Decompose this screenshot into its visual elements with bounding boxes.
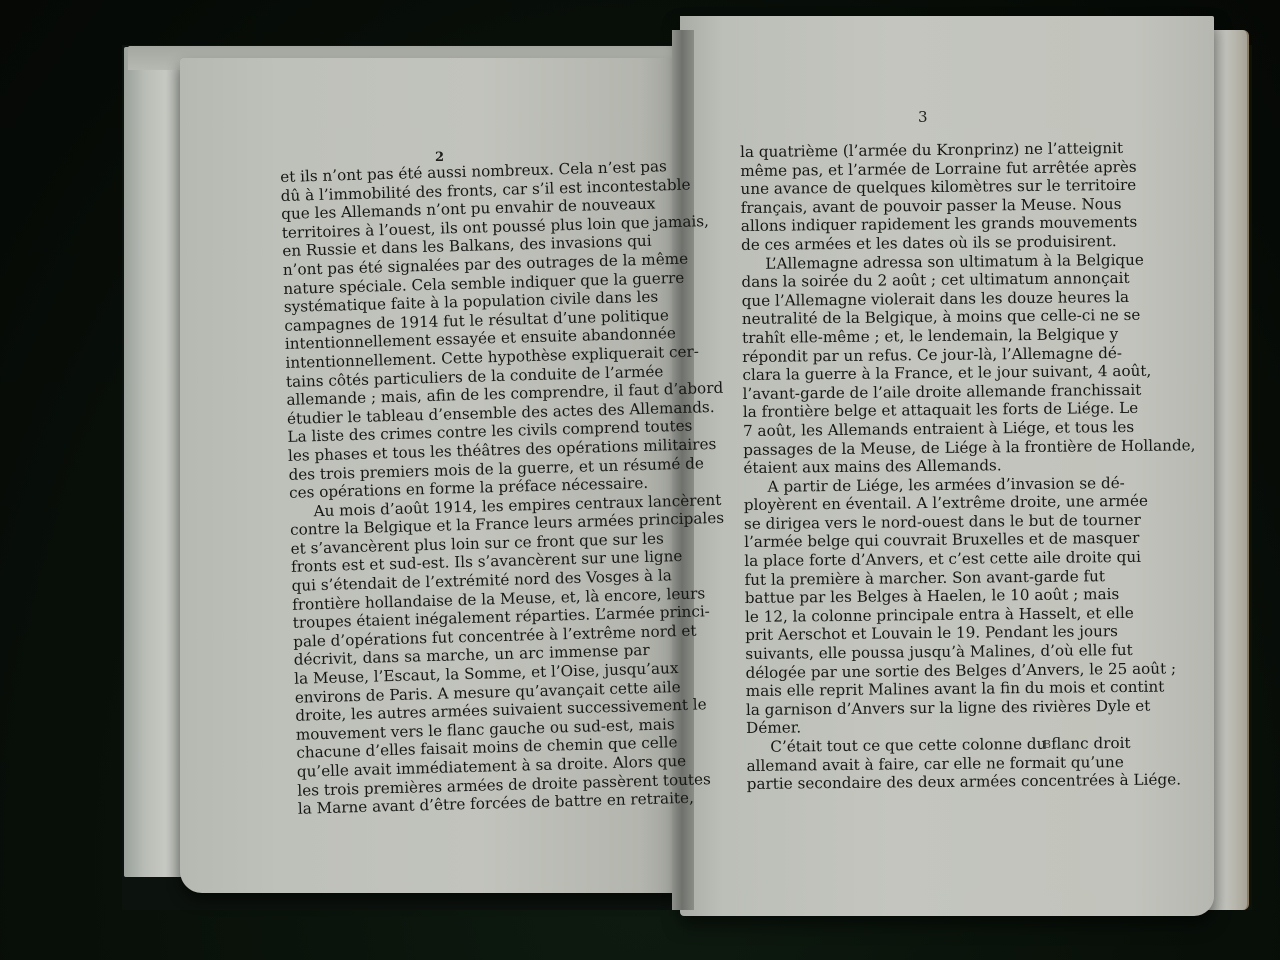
text-line: partie secondaire des deux armées concen… bbox=[747, 771, 1103, 793]
text-line: passages de la Meuse, de Liége à la fron… bbox=[743, 437, 1099, 459]
left-page-body-text: et ils n’ont pas été aussi nombreux. Cel… bbox=[280, 158, 654, 818]
paragraph: A partir de Liége, les armées d’invasion… bbox=[744, 474, 1103, 738]
paragraph: et ils n’ont pas été aussi nombreux. Cel… bbox=[280, 158, 645, 502]
signature-mark: B bbox=[1043, 738, 1051, 751]
right-page-number: 3 bbox=[918, 108, 928, 126]
paragraph: Au mois d’août 1914, les empires centrau… bbox=[289, 493, 654, 819]
paragraph: L’Allemagne adressa son ultimatum à la B… bbox=[741, 251, 1099, 478]
paragraph: la quatrième (l’armée du Kronprinz) ne l… bbox=[740, 139, 1097, 254]
right-page-body-text: la quatrième (l’armée du Kronprinz) ne l… bbox=[740, 139, 1103, 793]
left-page-stack-edge bbox=[124, 47, 184, 877]
